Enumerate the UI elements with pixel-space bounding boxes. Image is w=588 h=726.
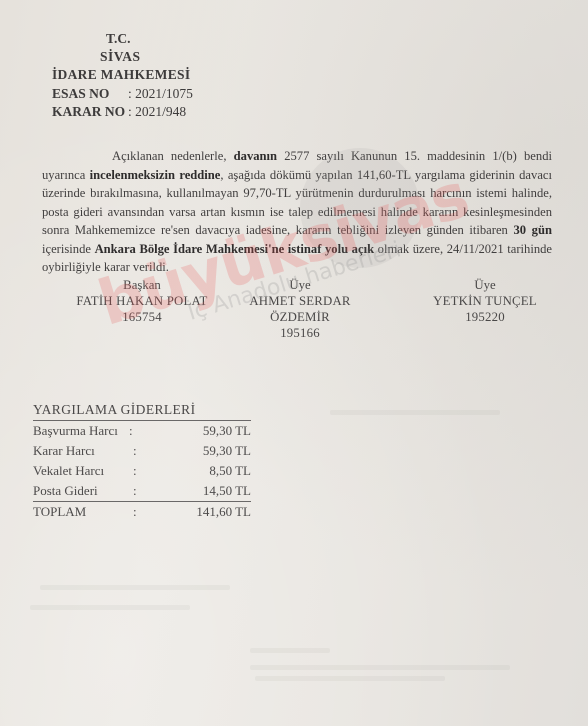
court-name: İDARE MAHKEMESİ bbox=[52, 66, 190, 84]
cost-label: Karar Harcı bbox=[33, 441, 133, 461]
bold-run: davanın bbox=[234, 149, 277, 163]
signature-name: AHMET SERDAR bbox=[240, 293, 360, 309]
signature-id: 195166 bbox=[240, 325, 360, 341]
text-run: içerisinde bbox=[42, 242, 95, 256]
cost-colon: : bbox=[133, 481, 163, 501]
bold-run: 30 gün bbox=[513, 223, 552, 237]
cost-amount: 14,50 TL bbox=[163, 481, 251, 501]
bleed-through-mark bbox=[330, 410, 500, 415]
decision-paragraph: Açıklanan nedenlerle, davanın 2577 sayıl… bbox=[42, 147, 552, 277]
cost-label: Başvurma Harcı bbox=[33, 421, 133, 441]
cost-colon: : bbox=[129, 421, 159, 441]
text-run: Açıklanan nedenlerle, bbox=[112, 149, 234, 163]
bleed-through-mark bbox=[255, 676, 445, 681]
karar-no-label: KARAR NO bbox=[52, 103, 128, 121]
cost-label: Vekalet Harcı bbox=[33, 461, 133, 481]
cost-amount: 8,50 TL bbox=[163, 461, 251, 481]
table-row: Başvurma Harcı:59,30 TL bbox=[33, 421, 251, 441]
esas-no: ESAS NO: 2021/1075 bbox=[52, 85, 193, 103]
costs-title: YARGILAMA GİDERLERİ bbox=[33, 402, 251, 421]
city-label: SİVAS bbox=[100, 48, 141, 66]
cost-colon: : bbox=[133, 441, 163, 461]
table-row: Karar Harcı:59,30 TL bbox=[33, 441, 251, 461]
signature-chairman: Başkan FATİH HAKAN POLAT 165754 bbox=[62, 277, 222, 325]
total-label: TOPLAM bbox=[33, 502, 133, 522]
cost-colon: : bbox=[133, 461, 163, 481]
cost-label: Posta Gideri bbox=[33, 481, 133, 501]
signature-role: Üye bbox=[410, 277, 560, 293]
table-row: Vekalet Harcı:8,50 TL bbox=[33, 461, 251, 481]
table-row-total: TOPLAM:141,60 TL bbox=[33, 502, 251, 522]
karar-no-value: : 2021/948 bbox=[128, 104, 186, 119]
signature-member-1: Üye AHMET SERDAR ÖZDEMİR 195166 bbox=[240, 277, 360, 341]
bleed-through-mark bbox=[250, 665, 510, 670]
esas-no-label: ESAS NO bbox=[52, 85, 128, 103]
bleed-through-mark bbox=[250, 648, 330, 653]
bleed-through-mark bbox=[30, 605, 190, 610]
bold-run: incelenmeksizin reddine bbox=[90, 168, 221, 182]
signature-name: FATİH HAKAN POLAT bbox=[62, 293, 222, 309]
signature-role: Üye bbox=[240, 277, 360, 293]
karar-no: KARAR NO: 2021/948 bbox=[52, 103, 186, 121]
signature-role: Başkan bbox=[62, 277, 222, 293]
total-colon: : bbox=[133, 502, 163, 522]
total-amount: 141,60 TL bbox=[163, 502, 251, 522]
costs-table: YARGILAMA GİDERLERİ Başvurma Harcı:59,30… bbox=[33, 402, 251, 522]
signature-name: YETKİN TUNÇEL bbox=[410, 293, 560, 309]
esas-no-value: : 2021/1075 bbox=[128, 86, 193, 101]
bold-run: Ankara Bölge İdare Mahkemesi'ne istinaf … bbox=[95, 242, 375, 256]
tc-label: T.C. bbox=[106, 30, 131, 48]
bleed-through-mark bbox=[40, 585, 230, 590]
cost-amount: 59,30 TL bbox=[163, 441, 251, 461]
signature-name-cont: ÖZDEMİR bbox=[240, 309, 360, 325]
signature-member-2: Üye YETKİN TUNÇEL 195220 bbox=[410, 277, 560, 325]
cost-amount: 59,30 TL bbox=[159, 421, 251, 441]
signature-id: 165754 bbox=[62, 309, 222, 325]
signature-id: 195220 bbox=[410, 309, 560, 325]
table-row: Posta Gideri:14,50 TL bbox=[33, 481, 251, 502]
